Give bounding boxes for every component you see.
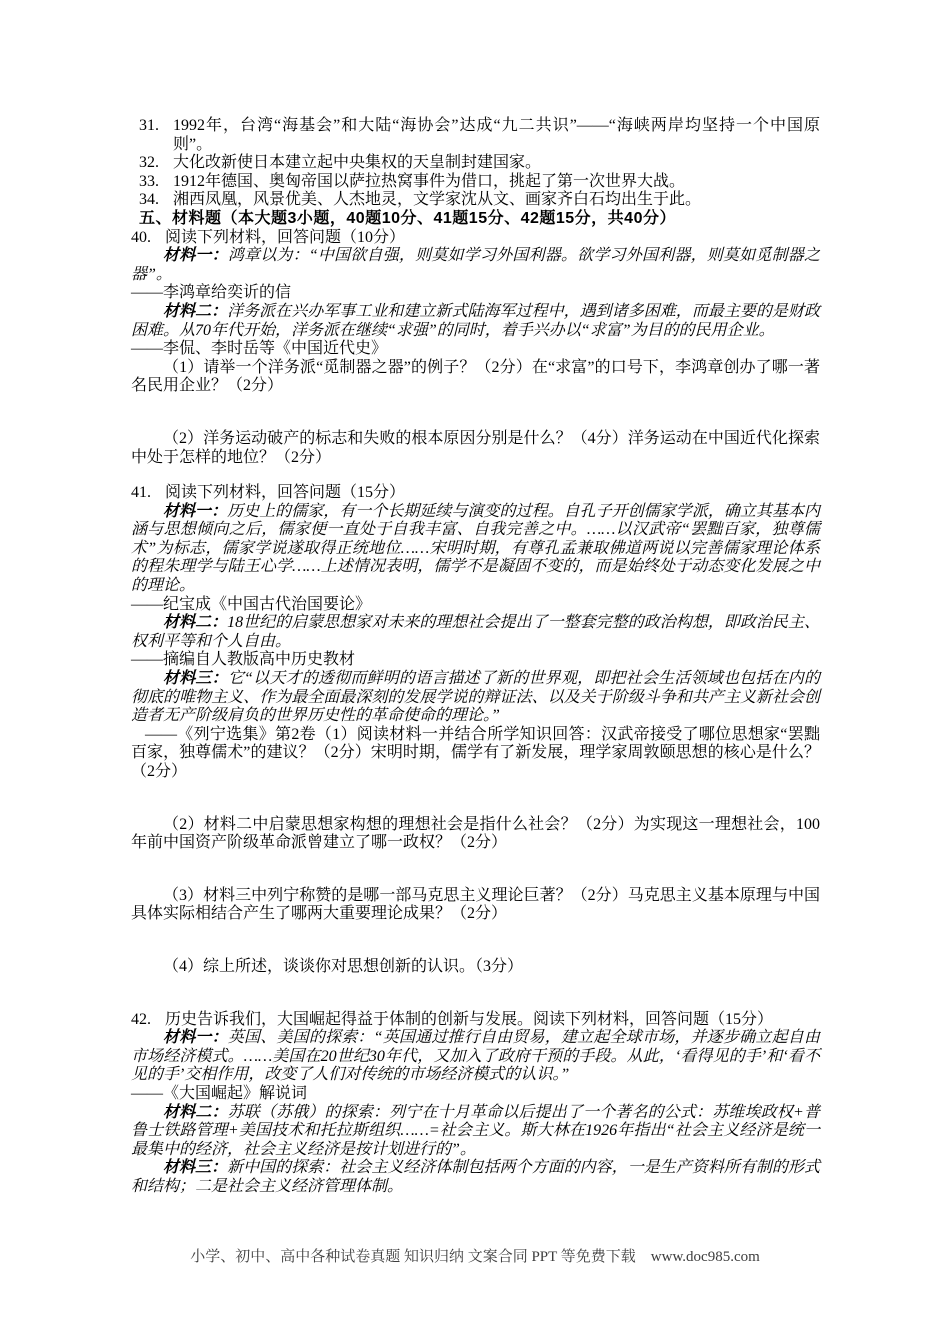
- q40-sub-question-2: （2）洋务运动破产的标志和失败的根本原因分别是什么？（4分）洋务运动在中国近代化…: [131, 430, 820, 467]
- q41-source-2: ——摘编自人教版高中历史教材: [131, 651, 820, 670]
- q41-material-2: 材料二：18世纪的启蒙思想家对未来的理想社会提出了一整套完整的政治构想，即政治民…: [131, 614, 820, 651]
- item-text: 1912年德国、奥匈帝国以萨拉热窝事件为借口，挑起了第一次世界大战。: [173, 173, 685, 190]
- q41-sub-question-2: （2）材料二中启蒙思想家构想的理想社会是指什么社会？（2分）为实现这一理想社会，…: [131, 816, 820, 853]
- item-number: 32.: [139, 154, 173, 173]
- material-text: 它“以天才的透彻而鲜明的语言描述了新的世界观，即把社会生活领域也包括在内的彻底的…: [131, 670, 820, 724]
- q41-sub-question-4: （4）综上所述，谈谈你对思想创新的认识。（3分）: [131, 958, 820, 977]
- exam-paper-page: 31.1992年，台湾“海基会”和大陆“海协会”达成“九二共识”——“海峡两岸均…: [0, 0, 950, 1344]
- material-text: 18世纪的启蒙思想家对未来的理想社会提出了一整套完整的政治构想，即政治民主、权利…: [131, 614, 820, 650]
- q42-source-1: ——《大国崛起》解说词: [131, 1085, 820, 1104]
- material-text: 新中国的探索：社会主义经济体制包括两个方面的内容，一是生产资料所有制的形式和结构…: [131, 1159, 820, 1195]
- answer-space: [131, 396, 820, 430]
- exam-content: 31.1992年，台湾“海基会”和大陆“海协会”达成“九二共识”——“海峡两岸均…: [131, 117, 820, 1197]
- item-text: 阅读下列材料，回答问题（15分）: [165, 484, 405, 501]
- answer-space: [131, 853, 820, 887]
- q40-sub-question-1: （1）请举一个洋务派“觅制器之器”的例子？（2分）在“求富”的口号下，李鸿章创办…: [131, 359, 820, 396]
- question-42-header: 42.历史告诉我们，大国崛起得益于体制的创新与发展。阅读下列材料，回答问题（15…: [131, 1011, 820, 1030]
- footer-watermark: 小学、初中、高中各种试卷真题 知识归纳 文案合同 PPT 等免费下载 www.d…: [0, 1245, 950, 1266]
- q42-material-2: 材料二：苏联（苏俄）的探索：列宁在十月革命以后提出了一个著名的公式：苏维埃政权+…: [131, 1104, 820, 1160]
- answer-space: [131, 977, 820, 1011]
- q42-material-1: 材料一：英国、美国的探索：“英国通过推行自由贸易，建立起全球市场，并逐步确立起自…: [131, 1029, 820, 1085]
- q40-source-2: ——李侃、李时岳等《中国近代史》: [131, 340, 820, 359]
- question-40-header: 40.阅读下列材料，回答问题（10分）: [131, 229, 820, 248]
- material-text: 苏联（苏俄）的探索：列宁在十月革命以后提出了一个著名的公式：苏维埃政权+普鲁士铁…: [131, 1104, 820, 1158]
- item-text: 历史告诉我们，大国崛起得益于体制的创新与发展。阅读下列材料，回答问题（15分）: [165, 1011, 773, 1028]
- item-number: 33.: [139, 173, 173, 192]
- question-item-32: 32.大化改新使日本建立起中央集权的天皇制封建国家。: [131, 154, 820, 173]
- material-label: 材料二：: [163, 614, 227, 631]
- material-text: 英国、美国的探索：“英国通过推行自由贸易，建立起全球市场，并逐步确立起自由市场经…: [131, 1029, 820, 1083]
- material-label: 材料二：: [163, 303, 227, 320]
- material-label: 材料三：: [163, 1159, 227, 1176]
- material-text: 历史上的儒家，有一个长期延续与演变的过程。自孔子开创儒家学派，确立其基本内涵与思…: [131, 503, 820, 594]
- section-header: 五、材料题（本大题3小题，40题10分、41题15分、42题15分，共40分）: [131, 210, 820, 229]
- q41-source-1: ——纪宝成《中国古代治国要论》: [131, 596, 820, 615]
- q42-material-3: 材料三：新中国的探索：社会主义经济体制包括两个方面的内容，一是生产资料所有制的形…: [131, 1159, 820, 1196]
- question-41-header: 41.阅读下列材料，回答问题（15分）: [131, 484, 820, 503]
- question-item-33: 33.1912年德国、奥匈帝国以萨拉热窝事件为借口，挑起了第一次世界大战。: [131, 173, 820, 192]
- material-label: 材料一：: [163, 1029, 228, 1046]
- item-text: 阅读下列材料，回答问题（10分）: [165, 229, 405, 246]
- item-text: 湘西凤凰，风景优美、人杰地灵，文学家沈从文、画家齐白石均出生于此。: [173, 191, 701, 208]
- item-number: 41.: [131, 484, 165, 503]
- q40-material-1: 材料一：鸿章以为：“中国欲自强，则莫如学习外国利器。欲学习外国利器，则莫如觅制器…: [131, 247, 820, 284]
- answer-space: [131, 782, 820, 816]
- item-number: 42.: [131, 1011, 165, 1030]
- answer-space: [131, 467, 820, 484]
- material-label: 材料二：: [163, 1104, 228, 1121]
- q41-sub-question-3: （3）材料三中列宁称赞的是哪一部马克思主义理论巨著？（2分）马克思主义基本原理与…: [131, 887, 820, 924]
- item-text: 1992年，台湾“海基会”和大陆“海协会”达成“九二共识”——“海峡两岸均坚持一…: [173, 117, 820, 153]
- material-label: 材料三：: [163, 670, 228, 687]
- material-label: 材料一：: [163, 247, 228, 264]
- item-number: 31.: [139, 117, 173, 136]
- material-label: 材料一：: [163, 503, 227, 520]
- item-number: 34.: [139, 191, 173, 210]
- question-item-31: 31.1992年，台湾“海基会”和大陆“海协会”达成“九二共识”——“海峡两岸均…: [131, 117, 820, 154]
- answer-space: [131, 924, 820, 958]
- q41-source-3-and-sub-question-1: ——《列宁选集》第2卷（1）阅读材料一并结合所学知识回答：汉武帝接受了哪位思想家…: [131, 726, 820, 782]
- material-text: 鸿章以为：“中国欲自强，则莫如学习外国利器。欲学习外国利器，则莫如觅制器之器”。: [131, 247, 820, 283]
- item-text: 大化改新使日本建立起中央集权的天皇制封建国家。: [173, 154, 541, 171]
- q41-material-1: 材料一：历史上的儒家，有一个长期延续与演变的过程。自孔子开创儒家学派，确立其基本…: [131, 503, 820, 596]
- q40-source-1: ——李鸿章给奕䜣的信: [131, 284, 820, 303]
- q41-material-3: 材料三：它“以天才的透彻而鲜明的语言描述了新的世界观，即把社会生活领域也包括在内…: [131, 670, 820, 726]
- q40-material-2: 材料二：洋务派在兴办军事工业和建立新式陆海军过程中，遇到诸多困难，而最主要的是财…: [131, 303, 820, 340]
- question-item-34: 34.湘西凤凰，风景优美、人杰地灵，文学家沈从文、画家齐白石均出生于此。: [131, 191, 820, 210]
- material-text: 洋务派在兴办军事工业和建立新式陆海军过程中，遇到诸多困难，而最主要的是财政困难。…: [131, 303, 820, 339]
- item-number: 40.: [131, 229, 165, 248]
